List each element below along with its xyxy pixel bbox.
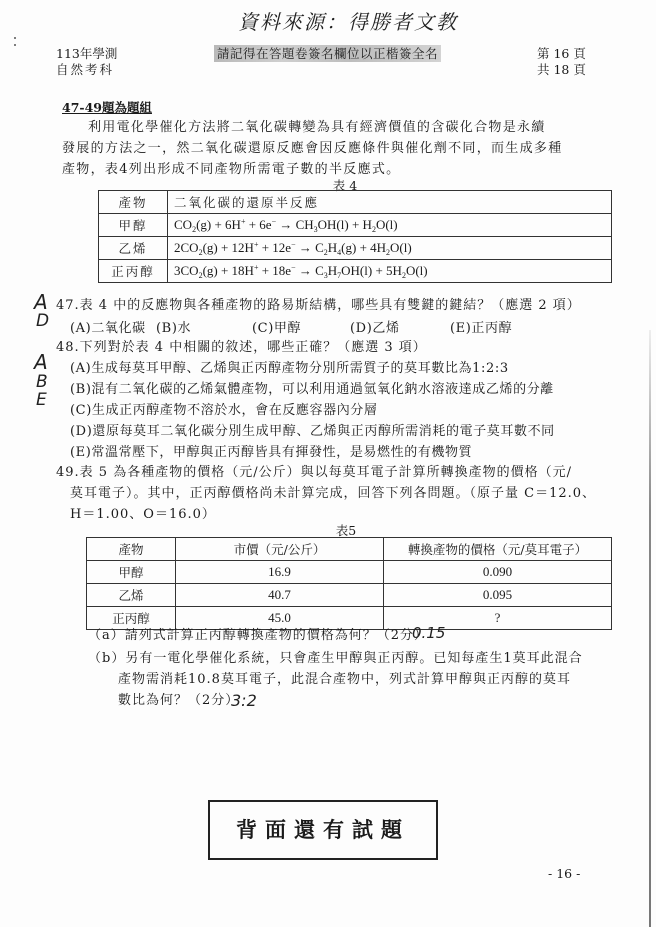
converted-price-cell: 0.095 xyxy=(384,584,612,607)
question-49a: （a）請列式計算正丙醇轉換產物的價格為何？（2分） xyxy=(88,626,428,646)
question-49b-line-2: 產物需消耗10.8莫耳電子，此混合產物中，列式計算甲醇與正丙醇的莫耳 xyxy=(118,670,571,690)
product-cell: 乙烯 xyxy=(99,237,168,260)
option-d: (D)還原每莫耳二氧化碳分別生成甲醇、乙烯與正丙醇所需消耗的電子莫耳數不同 xyxy=(70,421,555,442)
header-product: 產物 xyxy=(99,191,168,214)
question-49-stem-line-1: 49.表 5 為各種產物的價格（元/公斤）與以每莫耳電子計算所轉換產物的價格（元… xyxy=(56,463,572,483)
intro-line-2: 發展的方法之一，然二氧化碳還原反應會因反應條件與催化劑不同，而生成多種 xyxy=(62,138,612,159)
option-b: (B)水 xyxy=(156,318,252,339)
question-47-stem: 47.表 4 中的反應物與各種產物的路易斯結構，哪些具有雙鍵的鍵結？（應選 2 … xyxy=(56,296,581,316)
handwritten-answer-48-b: B xyxy=(36,372,48,392)
page-number: - 16 - xyxy=(548,866,580,881)
reaction-cell: 3CO2(g) + 18H+ + 18e− → C3H7OH(l) + 5H2O… xyxy=(168,260,612,283)
table5-prices: 產物 市價（元/公斤） 轉換產物的價格（元/莫耳電子） 甲醇 16.9 0.09… xyxy=(86,537,612,630)
product-cell: 甲醇 xyxy=(87,561,176,584)
exam-name: 113年學測 xyxy=(56,46,117,62)
table-row: 正丙醇 3CO2(g) + 18H+ + 18e− → C3H7OH(l) + … xyxy=(99,260,612,283)
page-indicator: 第 16 頁 xyxy=(537,46,586,62)
question-49-stem-line-3: H＝1.00、O＝16.0） xyxy=(70,505,216,525)
handwritten-source-note: 資料來源：得勝者文教 xyxy=(238,6,458,35)
scan-speck xyxy=(14,37,16,39)
intro-line-1: 利用電化學催化方法將二氧化碳轉變為具有經濟價值的含碳化合物是永續 xyxy=(62,117,612,138)
product-cell: 甲醇 xyxy=(99,214,168,237)
price-cell: 16.9 xyxy=(176,561,384,584)
handwritten-answer-49b: 3:2 xyxy=(231,691,257,710)
table-row: 甲醇 16.9 0.090 xyxy=(87,561,612,584)
handwritten-answer-49a: 0.15 xyxy=(412,624,445,642)
product-cell: 正丙醇 xyxy=(99,260,168,283)
option-e: (E)正丙醇 xyxy=(450,318,512,339)
signature-reminder-banner: 請記得在答題卷簽名欄位以正楷簽全名 xyxy=(214,45,441,62)
handwritten-answer-48-e: E xyxy=(36,390,47,410)
converted-price-cell: 0.090 xyxy=(384,561,612,584)
subject-name: 自然考科 xyxy=(56,62,114,78)
header-market-price: 市價（元/公斤） xyxy=(176,538,384,561)
reaction-cell: 2CO2(g) + 12H+ + 12e− → C2H4(g) + 4H2O(l… xyxy=(168,237,612,260)
option-a: (A)二氧化碳 xyxy=(70,318,156,339)
product-cell: 乙烯 xyxy=(87,584,176,607)
scan-edge-line xyxy=(649,330,651,927)
table-row: 乙烯 40.7 0.095 xyxy=(87,584,612,607)
header-product: 產物 xyxy=(87,538,176,561)
handwritten-answer-47-d: D xyxy=(36,311,49,331)
option-e: (E)常溫常壓下，甲醇與正丙醇皆具有揮發性，是易燃性的有機物質 xyxy=(70,442,472,463)
table-header-row: 產物 市價（元/公斤） 轉換產物的價格（元/莫耳電子） xyxy=(87,538,612,561)
option-c: (C)生成正丙醇產物不溶於水，會在反應容器內分層 xyxy=(70,400,378,421)
header-converted-price: 轉換產物的價格（元/莫耳電子） xyxy=(384,538,612,561)
question-group-title: 47-49題為題組 xyxy=(62,98,152,116)
back-page-notice: 背面還有試題 xyxy=(208,800,438,860)
table4-half-reactions: 產物 二氧化碳的還原半反應 甲醇 CO2(g) + 6H+ + 6e− → CH… xyxy=(98,190,612,283)
question-47-options: (A)二氧化碳 (B)水 (C)甲醇 (D)乙烯 (E)正丙醇 xyxy=(70,318,620,339)
option-c: (C)甲醇 xyxy=(252,318,350,339)
question-49b-line-1: （b）另有一電化學催化系統，只會產生甲醇與正丙醇。已知每產生1莫耳此混合 xyxy=(88,649,583,669)
price-cell: 40.7 xyxy=(176,584,384,607)
question-49b-line-3: 數比為何？（2分） xyxy=(118,691,239,711)
question-49-stem-line-2: 莫耳電子）。其中，正丙醇價格尚未計算完成，回答下列各問題。（原子量 C＝12.0… xyxy=(70,484,596,504)
reaction-cell: CO2(g) + 6H+ + 6e− → CH3OH(l) + H2O(l) xyxy=(168,214,612,237)
scan-speck xyxy=(14,44,16,46)
option-d: (D)乙烯 xyxy=(350,318,450,339)
total-pages: 共 18 頁 xyxy=(537,62,586,78)
table-row: 乙烯 2CO2(g) + 12H+ + 12e− → C2H4(g) + 4H2… xyxy=(99,237,612,260)
table-header-row: 產物 二氧化碳的還原半反應 xyxy=(99,191,612,214)
handwritten-answer-48-a: A xyxy=(34,350,48,374)
option-a: (A)生成每莫耳甲醇、乙烯與正丙醇產物分別所需質子的莫耳數比為1:2:3 xyxy=(70,358,509,379)
header-reaction: 二氧化碳的還原半反應 xyxy=(168,191,612,214)
question-48-stem: 48.下列對於表 4 中相關的敘述，哪些正確？（應選 3 項） xyxy=(56,338,427,358)
table-row: 甲醇 CO2(g) + 6H+ + 6e− → CH3OH(l) + H2O(l… xyxy=(99,214,612,237)
option-b: (B)混有二氧化碳的乙烯氣體產物，可以利用通過氫氧化鈉水溶液達成乙烯的分離 xyxy=(70,379,554,400)
